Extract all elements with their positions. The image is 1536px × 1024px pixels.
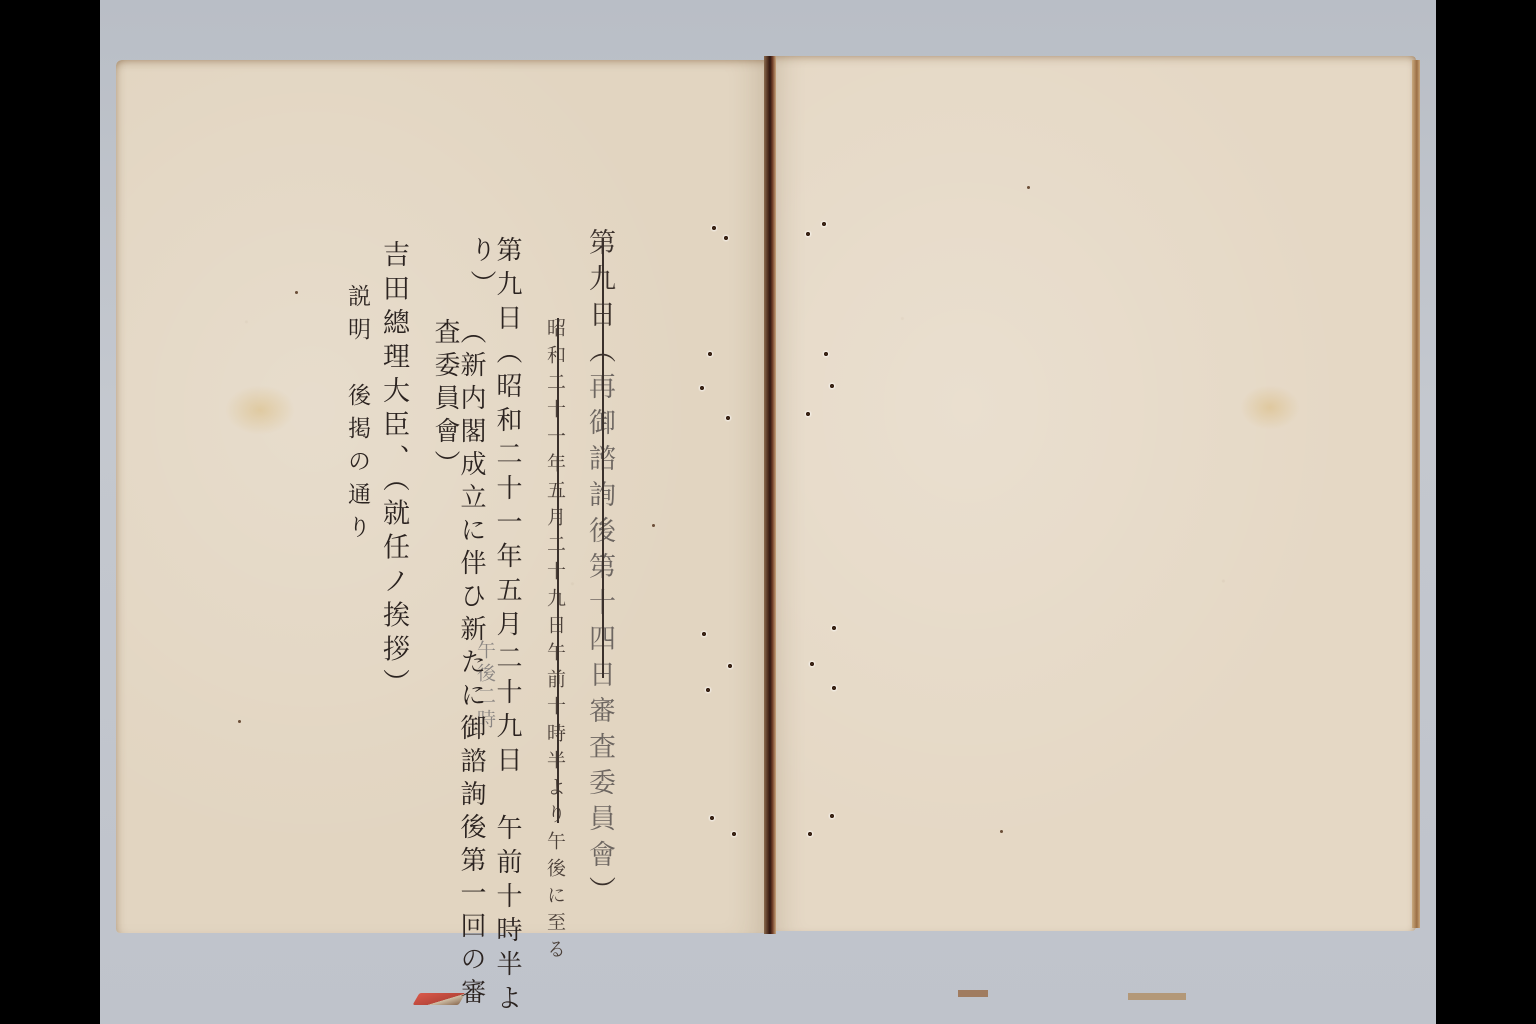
binding-hole xyxy=(710,224,718,232)
binding-hole xyxy=(808,660,816,668)
binding-hole xyxy=(726,662,734,670)
paper-speck xyxy=(238,720,241,723)
prime-minister-column: 吉田總理大臣、（就任ノ挨拶） xyxy=(380,240,407,703)
binding-hole xyxy=(698,384,706,392)
title-column: 第九日（再御諮詢後第十四日審査委員會） xyxy=(586,228,613,912)
page-tab-scrap xyxy=(1128,993,1186,1000)
binding-hole xyxy=(828,812,836,820)
binding-hole xyxy=(722,234,730,242)
right-page xyxy=(774,56,1416,931)
binding-hole xyxy=(700,630,708,638)
book-gutter xyxy=(764,56,776,934)
paper-stain xyxy=(225,385,295,435)
paper-speck xyxy=(1027,186,1030,189)
struck-date-column: 昭和二十一年五月二十九日午前十時半より午後に至る xyxy=(545,318,564,966)
binding-hole xyxy=(822,350,830,358)
open-book: 第九日（再御諮詢後第十四日審査委員會） 昭和二十一年五月二十九日午前十時半より午… xyxy=(0,0,1536,1024)
binding-hole xyxy=(820,220,828,228)
title-close-paren: ） xyxy=(584,876,615,912)
title-strike-line xyxy=(602,238,604,678)
binding-hole xyxy=(724,414,732,422)
binding-hole xyxy=(804,410,812,418)
explanation-column: 説明 後掲の通り xyxy=(345,284,368,548)
binding-hole xyxy=(706,350,714,358)
paper-speck xyxy=(1000,830,1003,833)
binding-hole xyxy=(830,684,838,692)
paper-speck xyxy=(652,524,655,527)
binding-hole xyxy=(708,814,716,822)
page-tab-scrap xyxy=(958,990,988,997)
binding-hole xyxy=(704,686,712,694)
paper-stain xyxy=(1240,385,1300,430)
title-ink-text: 第九日（ xyxy=(584,228,615,372)
binding-hole xyxy=(804,230,812,238)
binding-hole xyxy=(730,830,738,838)
date-strike-line xyxy=(557,318,559,823)
title-pencil-text: 再御諮詢後第十四日審査委員會 xyxy=(584,372,615,876)
binding-hole xyxy=(830,624,838,632)
binding-hole xyxy=(806,830,814,838)
paper-speck xyxy=(295,291,298,294)
page-stack-edge xyxy=(1412,60,1420,928)
binding-hole xyxy=(828,382,836,390)
subtitle-column: （新内閣成立に伴ひ新たに御諮詢後第一回の審査委員會） xyxy=(432,318,484,1024)
